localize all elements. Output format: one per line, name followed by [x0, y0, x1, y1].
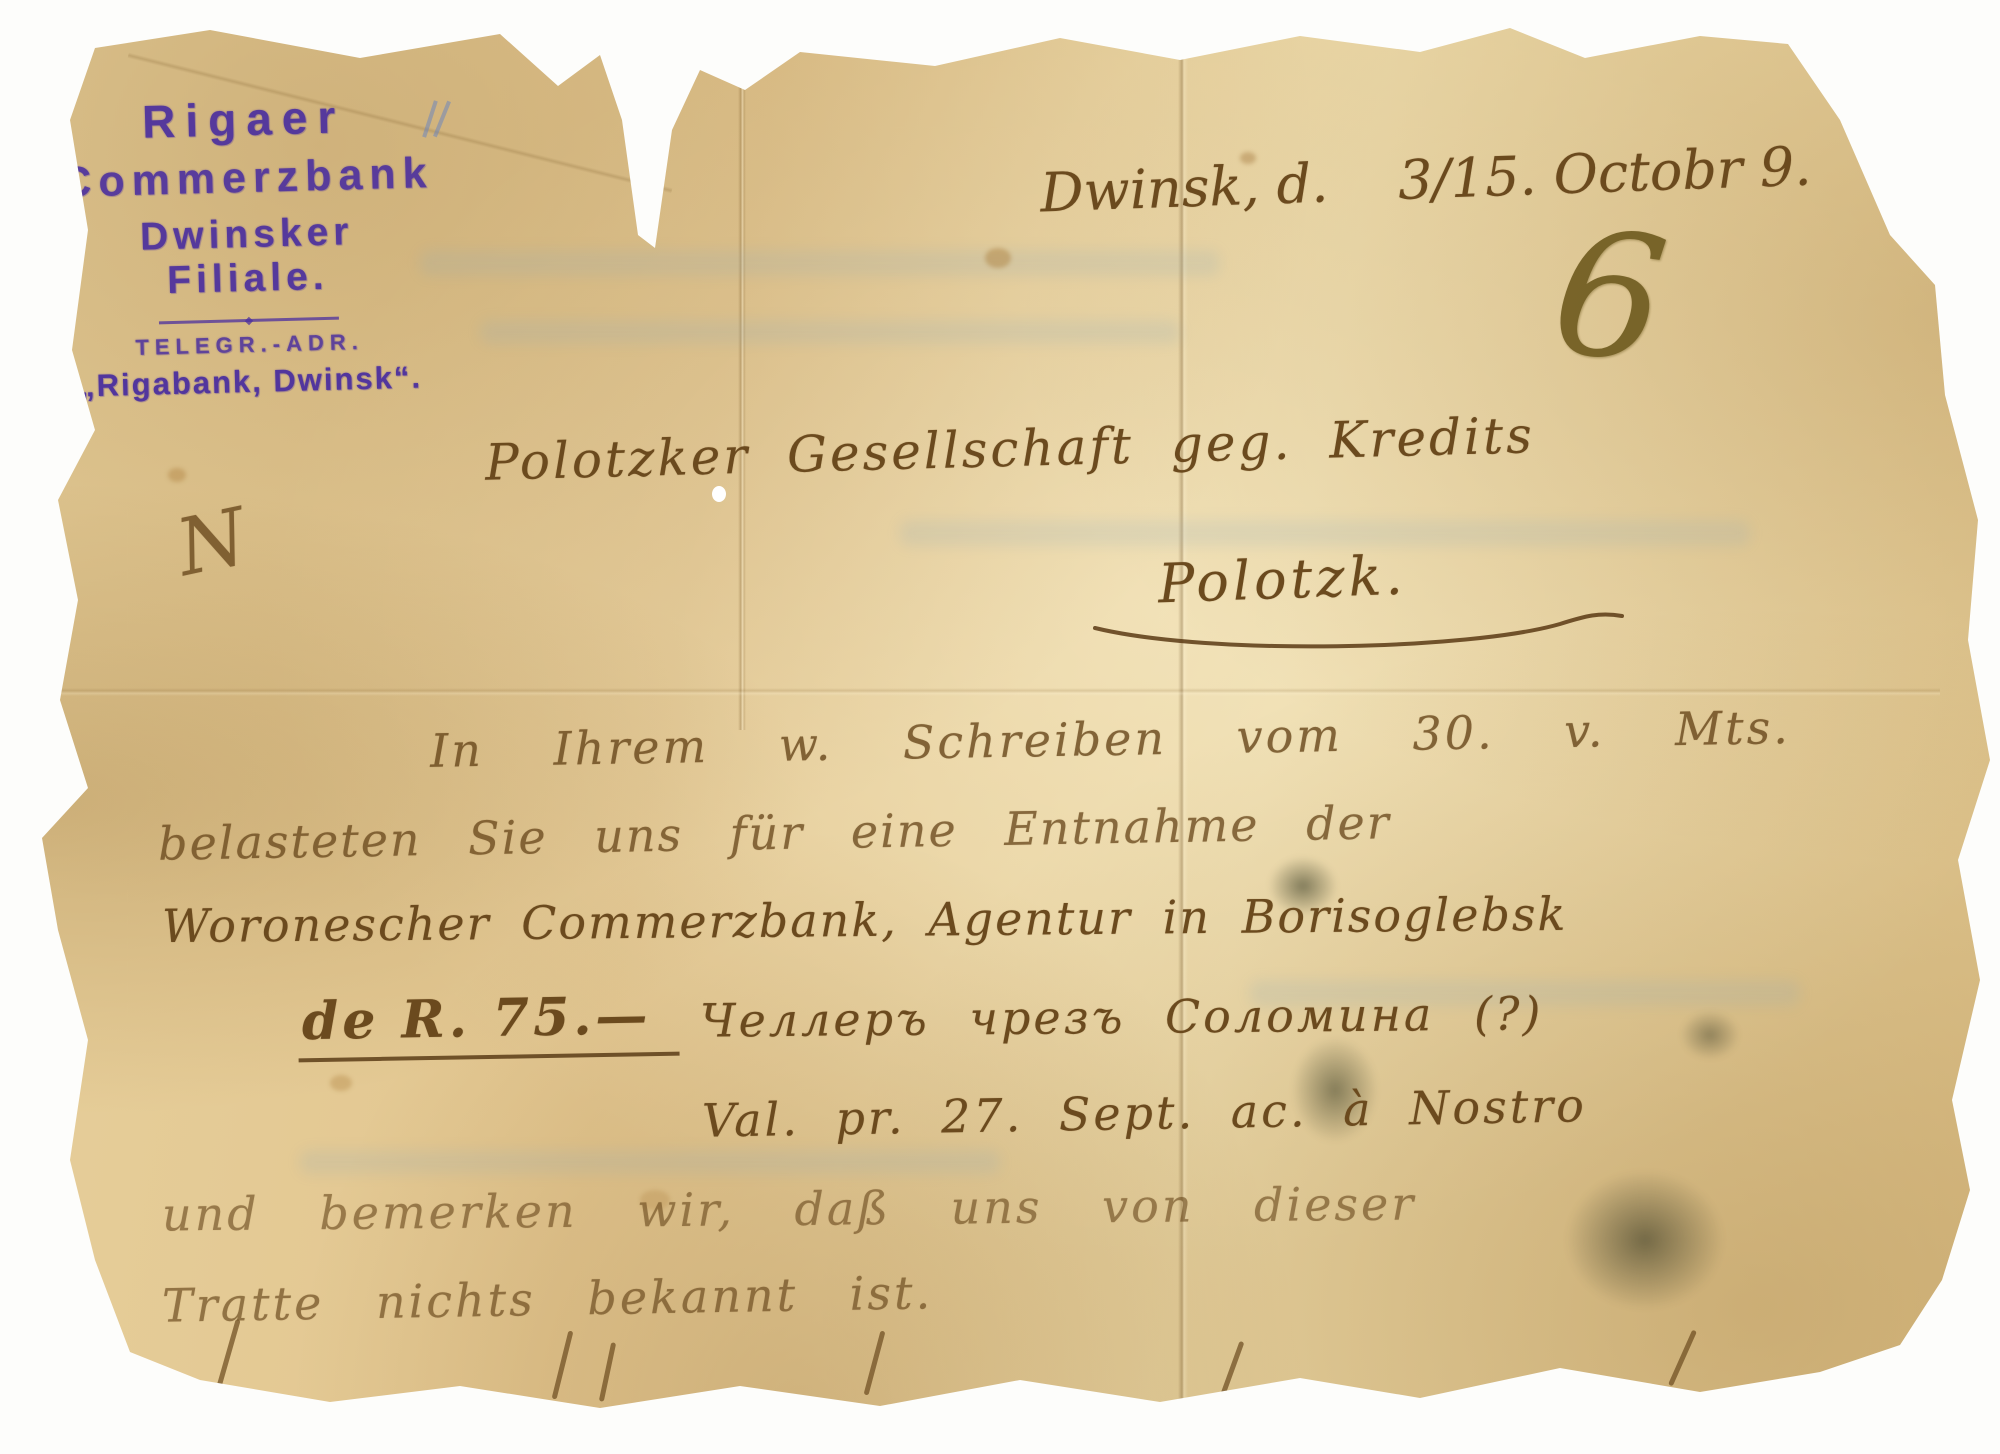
stamp-bank-name-1: Rigaer [58, 87, 429, 151]
ink-showthrough [480, 320, 1180, 344]
paper-sheet: Rigaer Commerzbank Dwinsker Filiale. TEL… [0, 0, 2000, 1454]
underline-flourish [1090, 598, 1630, 658]
scanned-letter: Rigaer Commerzbank Dwinsker Filiale. TEL… [0, 0, 2000, 1454]
ink-smudge [1560, 1165, 1730, 1315]
stamp-bank-name-2: Commerzbank [60, 149, 431, 208]
torn-line-stroke [1668, 1330, 1697, 1387]
body-line-2: belasteten Sie uns für eine Entnahme der [158, 795, 1392, 871]
body-line-1: In Ihrem w. Schreiben vom 30. v. Mts. [430, 700, 1792, 778]
ink-smudge [1680, 1010, 1740, 1060]
bank-stamp: Rigaer Commerzbank Dwinsker Filiale. TEL… [58, 87, 436, 405]
dateline: Dwinsk, d.3/15. Octobr 9. [1039, 135, 1812, 225]
stamp-telegram-address: „Rigabank, Dwinsk“. [65, 359, 436, 405]
body-line-3: Woronescher Commerzbank, Agentur in Bori… [162, 887, 1568, 953]
body-line-7: Tratte nichts bekannt ist. [162, 1265, 934, 1332]
torn-line-stroke [599, 1342, 616, 1402]
margin-mark: N [169, 492, 254, 594]
body-line-4-text: Челлеръ чрезъ Соломина (?) [700, 986, 1544, 1047]
ink-showthrough [420, 250, 1220, 276]
pencil-mark [428, 100, 462, 140]
archival-number: 6 [1543, 190, 1676, 403]
torn-line-stroke [1221, 1341, 1245, 1395]
torn-line-stroke [864, 1330, 886, 1395]
foxing-spot [985, 248, 1011, 268]
stamp-ornament-rule [159, 317, 339, 325]
dateline-place: Dwinsk, d. [1039, 151, 1329, 224]
body-line-4-amount: de R. 75.— [297, 985, 680, 1063]
stamp-telegram-label: TELEGR.-ADR. [64, 327, 435, 363]
foxing-spot [330, 1075, 352, 1091]
vertical-fold-crease [738, 30, 746, 730]
stamp-branch: Dwinsker Filiale. [61, 208, 433, 306]
horizontal-fold-crease [60, 688, 1940, 696]
recipient-line: Polotzker Gesellschaft geg. Kredits [484, 406, 1535, 491]
foxing-spot [168, 468, 186, 482]
body-line-6: und bemerken wir, daß uns von dieser [162, 1177, 1417, 1242]
body-line-5: Val. pr. 27. Sept. ac. à Nostro [702, 1078, 1588, 1147]
ink-showthrough [900, 520, 1750, 546]
ink-showthrough [300, 1150, 1000, 1174]
fold-hole [712, 486, 726, 502]
torn-line-stroke [552, 1330, 574, 1399]
